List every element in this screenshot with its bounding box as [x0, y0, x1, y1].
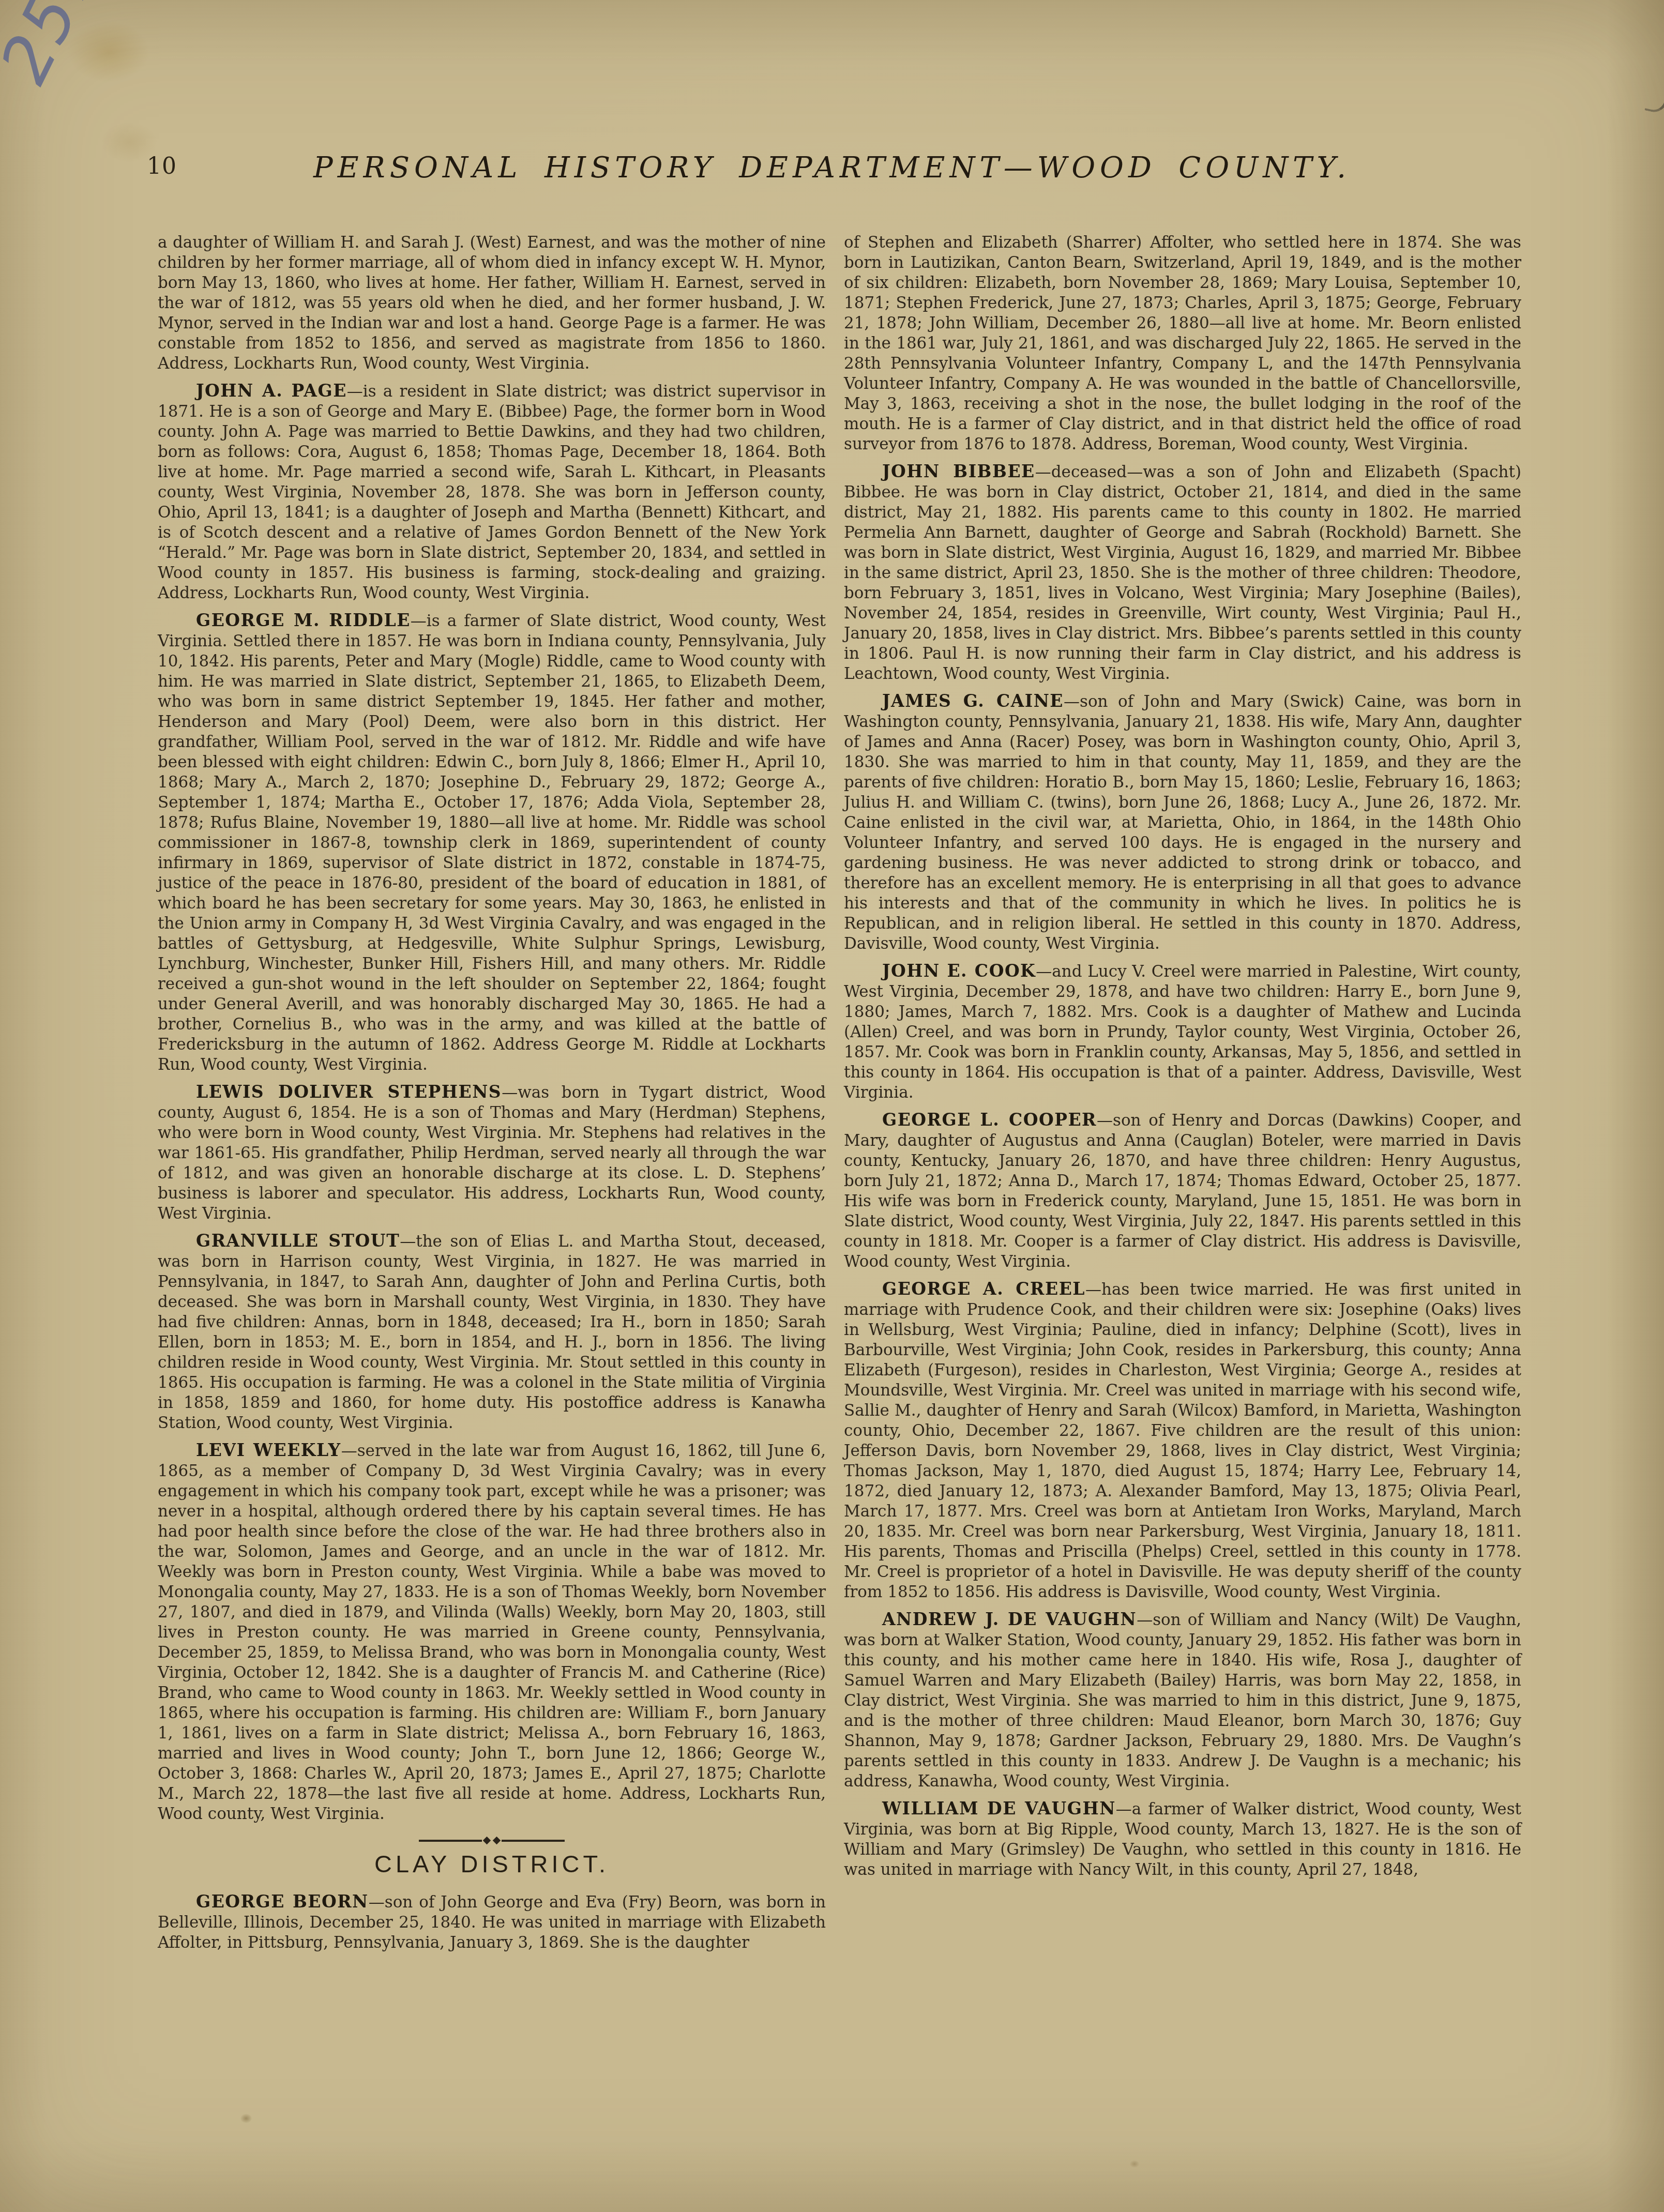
right-column: of Stephen and Elizabeth (Sharrer) Affol… [844, 233, 1521, 1887]
pen-mark [1644, 76, 1664, 115]
ink-speck [240, 2114, 252, 2123]
ink-speck [1130, 2160, 1139, 2168]
entry-text: —the son of Elias L. and Martha Stout, d… [158, 1232, 826, 1432]
biography-entry: JAMES G. CAINE—son of John and Mary (Swi… [844, 691, 1521, 954]
biography-entry: WILLIAM DE VAUGHN—a farmer of Walker dis… [844, 1798, 1521, 1880]
divider-line [419, 1840, 482, 1842]
entry-heading: JOHN E. COOK [882, 961, 1036, 981]
entry-heading: JAMES G. CAINE [882, 691, 1064, 711]
biography-entry: JOHN BIBBEE—deceased—was a son of John a… [844, 461, 1521, 684]
entry-text: —is a farmer of Slate district, Wood cou… [158, 612, 826, 1074]
entry-text: a daughter of William H. and Sarah J. (W… [158, 233, 826, 373]
entry-heading: GEORGE BEORN [196, 1891, 369, 1912]
biography-entry: GEORGE M. RIDDLE—is a farmer of Slate di… [158, 610, 826, 1075]
entry-text: —was born in Tygart district, Wood count… [158, 1083, 826, 1223]
section-heading: CLAY DISTRICT. [158, 1854, 826, 1874]
entry-text: —deceased—was a son of John and Elizabet… [844, 463, 1521, 683]
left-column: a daughter of William H. and Sarah J. (W… [158, 233, 826, 1960]
entry-text: —is a resident in Slate district; was di… [158, 382, 826, 602]
entry-heading: WILLIAM DE VAUGHN [882, 1798, 1116, 1819]
entry-heading: GEORGE A. CREEL [882, 1279, 1085, 1299]
entry-text: —and Lucy V. Creel were married in Pales… [844, 962, 1521, 1102]
biography-entry: LEWIS DOLIVER STEPHENS—was born in Tygar… [158, 1082, 826, 1224]
page-title: PERSONAL HISTORY DEPARTMENT—WOOD COUNTY. [0, 151, 1664, 185]
diamond-ornament-icon [483, 1837, 491, 1845]
handwritten-page-note: 257 [0, 0, 114, 95]
biography-entry: ANDREW J. DE VAUGHN—son of William and N… [844, 1609, 1521, 1792]
biography-entry: GEORGE BEORN—son of John George and Eva … [158, 1891, 826, 1953]
biography-entry: GRANVILLE STOUT—the son of Elias L. and … [158, 1231, 826, 1433]
entry-heading: GEORGE L. COOPER [882, 1110, 1097, 1130]
divider-line [502, 1840, 565, 1842]
entry-text: —son of Henry and Dorcas (Dawkins) Coope… [844, 1111, 1521, 1271]
biography-entry: GEORGE A. CREEL—has been twice married. … [844, 1279, 1521, 1602]
scanned-book-page: { "page": { "number": "10", "handwritten… [0, 0, 1664, 2212]
entry-text: —served in the late war from August 16, … [158, 1442, 826, 1823]
section-divider [158, 1838, 826, 1843]
continuation-paragraph: a daughter of William H. and Sarah J. (W… [158, 233, 826, 374]
biography-entry: JOHN A. PAGE—is a resident in Slate dist… [158, 381, 826, 603]
entry-text: —son of William and Nancy (Wilt) De Vaug… [844, 1611, 1521, 1791]
entry-text: —son of John and Mary (Swick) Caine, was… [844, 692, 1521, 953]
entry-text: of Stephen and Elizabeth (Sharrer) Affol… [844, 233, 1521, 453]
diamond-ornament-icon [493, 1837, 501, 1845]
entry-heading: GEORGE M. RIDDLE [196, 610, 411, 630]
biography-entry: JOHN E. COOK—and Lucy V. Creel were marr… [844, 961, 1521, 1103]
entry-text: —has been twice married. He was first un… [844, 1280, 1521, 1601]
continuation-paragraph: of Stephen and Elizabeth (Sharrer) Affol… [844, 233, 1521, 454]
entry-heading: LEVI WEEKLY [196, 1440, 341, 1460]
entry-heading: JOHN A. PAGE [196, 381, 347, 401]
biography-entry: LEVI WEEKLY—served in the late war from … [158, 1440, 826, 1824]
entry-heading: JOHN BIBBEE [882, 461, 1035, 481]
entry-heading: LEWIS DOLIVER STEPHENS [196, 1082, 502, 1102]
entry-heading: ANDREW J. DE VAUGHN [882, 1609, 1137, 1629]
entry-heading: GRANVILLE STOUT [196, 1231, 400, 1251]
biography-entry: GEORGE L. COOPER—son of Henry and Dorcas… [844, 1110, 1521, 1272]
